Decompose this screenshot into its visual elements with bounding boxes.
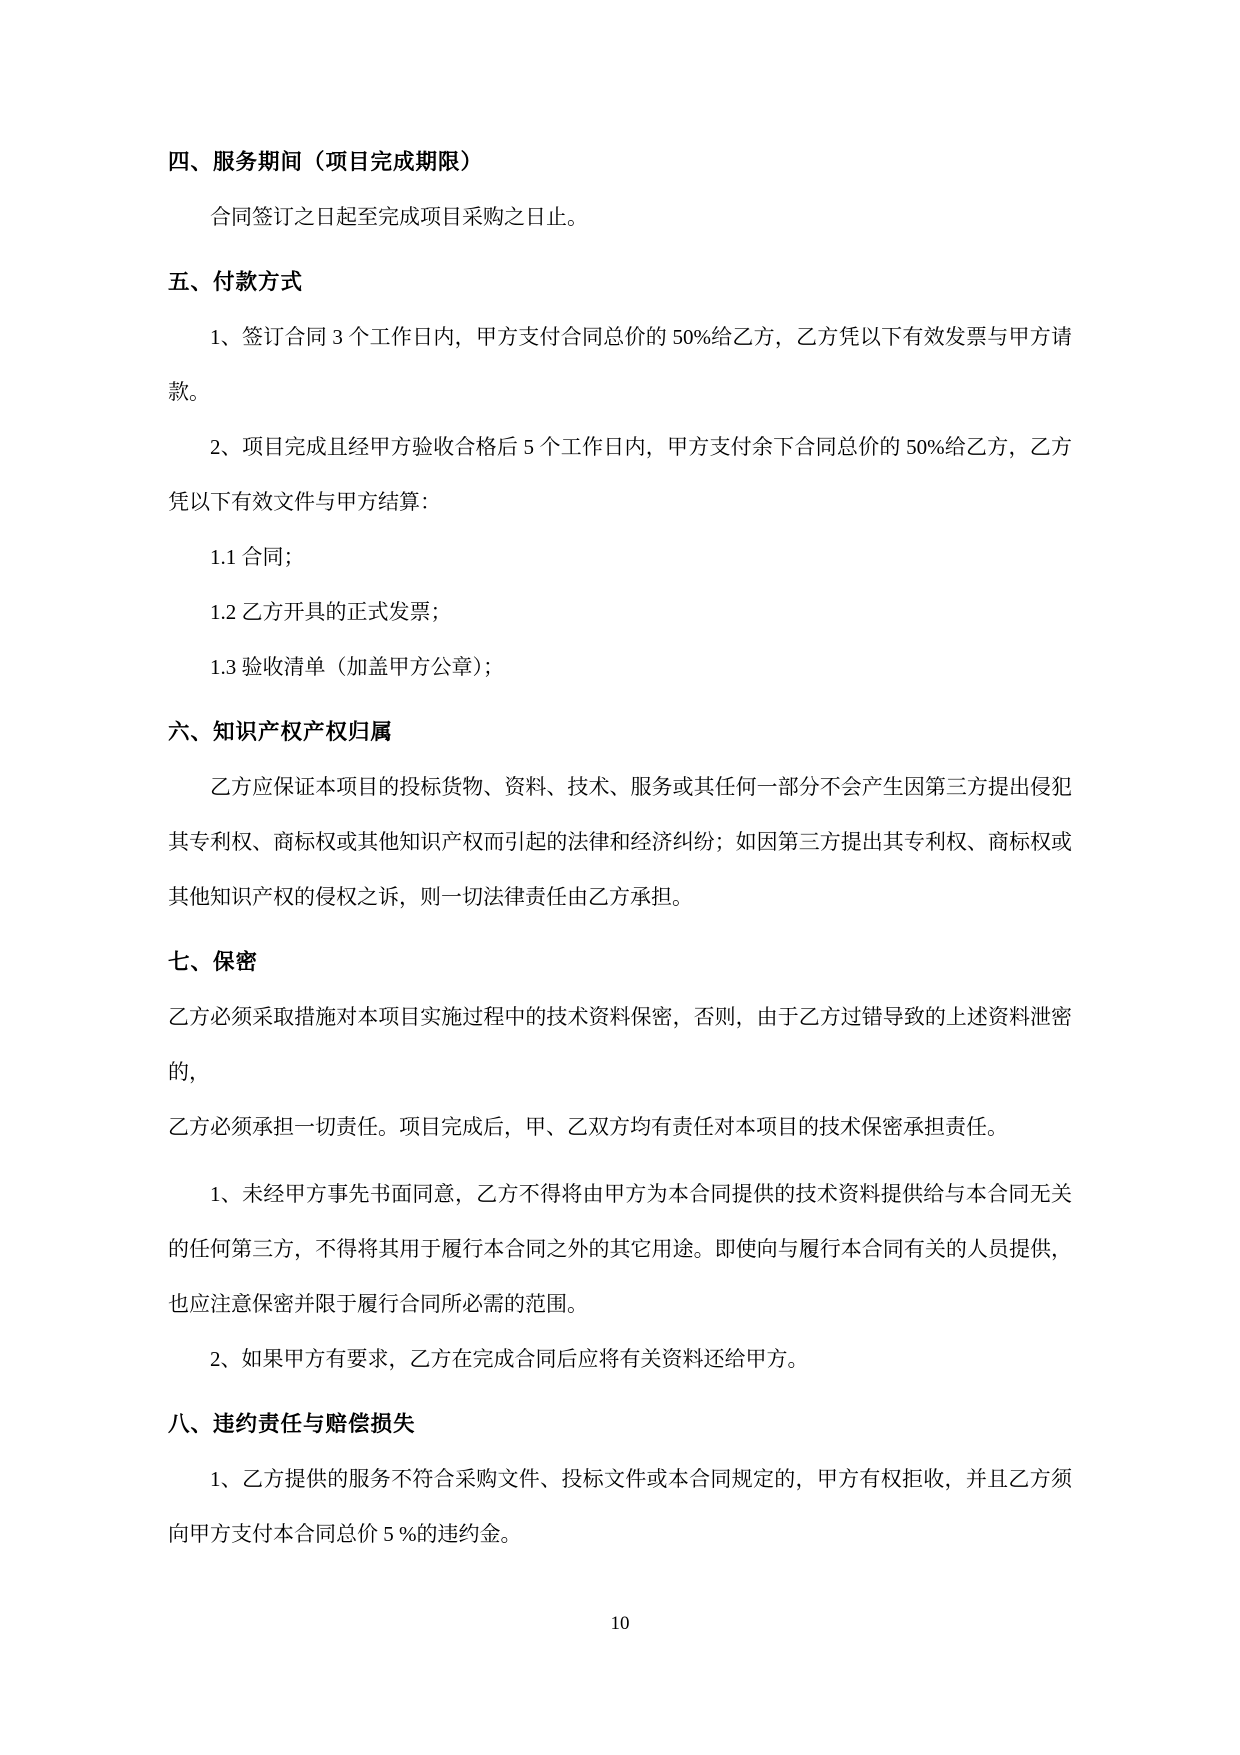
section-heading: 五、付款方式 bbox=[168, 255, 1072, 310]
paragraph: 乙方应保证本项目的投标货物、资料、技术、服务或其任何一部分不会产生因第三方提出侵… bbox=[168, 760, 1072, 925]
paragraph: 2、项目完成且经甲方验收合格后 5 个工作日内，甲方支付余下合同总价的 50%给… bbox=[168, 420, 1072, 530]
page-number: 10 bbox=[611, 1613, 630, 1634]
paragraph: 2、如果甲方有要求，乙方在完成合同后应将有关资料还给甲方。 bbox=[168, 1332, 1072, 1387]
section-heading: 七、保密 bbox=[168, 935, 1072, 990]
paragraph: 1、签订合同 3 个工作日内，甲方支付合同总价的 50%给乙方，乙方凭以下有效发… bbox=[168, 310, 1072, 420]
paragraph: 1、乙方提供的服务不符合采购文件、投标文件或本合同规定的，甲方有权拒收，并且乙方… bbox=[168, 1452, 1072, 1562]
section-heading: 六、知识产权产权归属 bbox=[168, 705, 1072, 760]
paragraph: 1、未经甲方事先书面同意，乙方不得将由甲方为本合同提供的技术资料提供给与本合同无… bbox=[168, 1167, 1072, 1332]
section-service-period: 四、服务期间（项目完成期限） 合同签订之日起至完成项目采购之日止。 bbox=[168, 135, 1072, 245]
paragraph: 1.1 合同； bbox=[168, 530, 1072, 585]
paragraph: 乙方必须承担一切责任。项目完成后，甲、乙双方均有责任对本项目的技术保密承担责任。 bbox=[168, 1100, 1072, 1155]
paragraph: 1.3 验收清单（加盖甲方公章）； bbox=[168, 640, 1072, 695]
section-heading: 八、违约责任与赔偿损失 bbox=[168, 1397, 1072, 1452]
page-footer: 10 bbox=[168, 1612, 1072, 1636]
section-confidentiality: 七、保密 乙方必须采取措施对本项目实施过程中的技术资料保密，否则，由于乙方过错导… bbox=[168, 935, 1072, 1387]
section-breach-liability: 八、违约责任与赔偿损失 1、乙方提供的服务不符合采购文件、投标文件或本合同规定的… bbox=[168, 1397, 1072, 1562]
document-page: 四、服务期间（项目完成期限） 合同签订之日起至完成项目采购之日止。 五、付款方式… bbox=[0, 0, 1240, 1755]
section-payment-terms: 五、付款方式 1、签订合同 3 个工作日内，甲方支付合同总价的 50%给乙方，乙… bbox=[168, 255, 1072, 695]
section-heading: 四、服务期间（项目完成期限） bbox=[168, 135, 1072, 190]
paragraph: 乙方必须采取措施对本项目实施过程中的技术资料保密，否则，由于乙方过错导致的上述资… bbox=[168, 990, 1072, 1100]
paragraph: 1.2 乙方开具的正式发票； bbox=[168, 585, 1072, 640]
paragraph: 合同签订之日起至完成项目采购之日止。 bbox=[168, 190, 1072, 245]
section-intellectual-property: 六、知识产权产权归属 乙方应保证本项目的投标货物、资料、技术、服务或其任何一部分… bbox=[168, 705, 1072, 925]
